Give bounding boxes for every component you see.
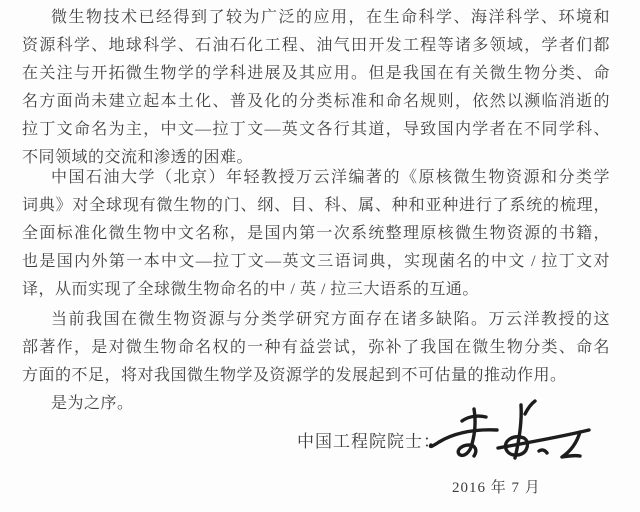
signer-title-label: 中国工程院院士：	[297, 431, 441, 453]
text-line: 当前我国在微生物资源与分类学研究方面存在诸多缺陷。万云洋教授的这	[22, 306, 610, 334]
text-line: 译，从而实现了全球微生物命名的中 / 英 / 拉三大语系的互通。	[22, 276, 610, 304]
preface-paragraph-1: 微生物技术已经得到了较为广泛的应用，在生命科学、海洋科学、环境和 资源科学、地球…	[22, 4, 610, 172]
text-line: 拉丁文命名为主，中文—拉丁文—英文各行其道，导致国内学者在不同学科、	[22, 116, 610, 144]
text-line: 微生物技术已经得到了较为广泛的应用，在生命科学、海洋科学、环境和	[22, 4, 610, 32]
preface-paragraph-3: 当前我国在微生物资源与分类学研究方面存在诸多缺陷。万云洋教授的这 部著作，是对微…	[22, 306, 610, 390]
text-line: 中国石油大学（北京）年轻教授万云洋编著的《原核微生物资源和分类学	[22, 164, 610, 192]
text-line: 全面标准化微生物中文名称，是国内第一次系统整理原核微生物资源的书籍，	[22, 220, 610, 248]
text-line: 部著作，是对微生物命名权的一种有益尝试，弥补了我国在微生物分类、命名	[22, 334, 610, 362]
preface-page: 微生物技术已经得到了较为广泛的应用，在生命科学、海洋科学、环境和 资源科学、地球…	[0, 0, 640, 512]
text-line: 名方面尚未建立起本土化、普及化的分类标准和命名规则，依然以濒临消逝的	[22, 88, 610, 116]
handwritten-signature	[428, 399, 594, 471]
text-line: 也是国内外第一本中文—拉丁文—英文三语词典，实现菌名的中文 / 拉丁文对	[22, 248, 610, 276]
signature-date: 2016 年 7 月	[452, 478, 541, 498]
text-line: 方面的不足，将对我国微生物学及资源学的发展起到不可估量的推动作用。	[22, 362, 610, 390]
text-line: 资源科学、地球科学、石油石化工程、油气田开发工程等诸多领域，学者们都	[22, 32, 610, 60]
preface-paragraph-2: 中国石油大学（北京）年轻教授万云洋编著的《原核微生物资源和分类学 词典》对全球现…	[22, 164, 610, 304]
text-line: 在关注与开拓微生物学的学科进展及其应用。但是我国在有关微生物分类、命	[22, 60, 610, 88]
text-line: 词典》对全球现有微生物的门、纲、目、科、属、种和亚种进行了系统的梳理，	[22, 192, 610, 220]
